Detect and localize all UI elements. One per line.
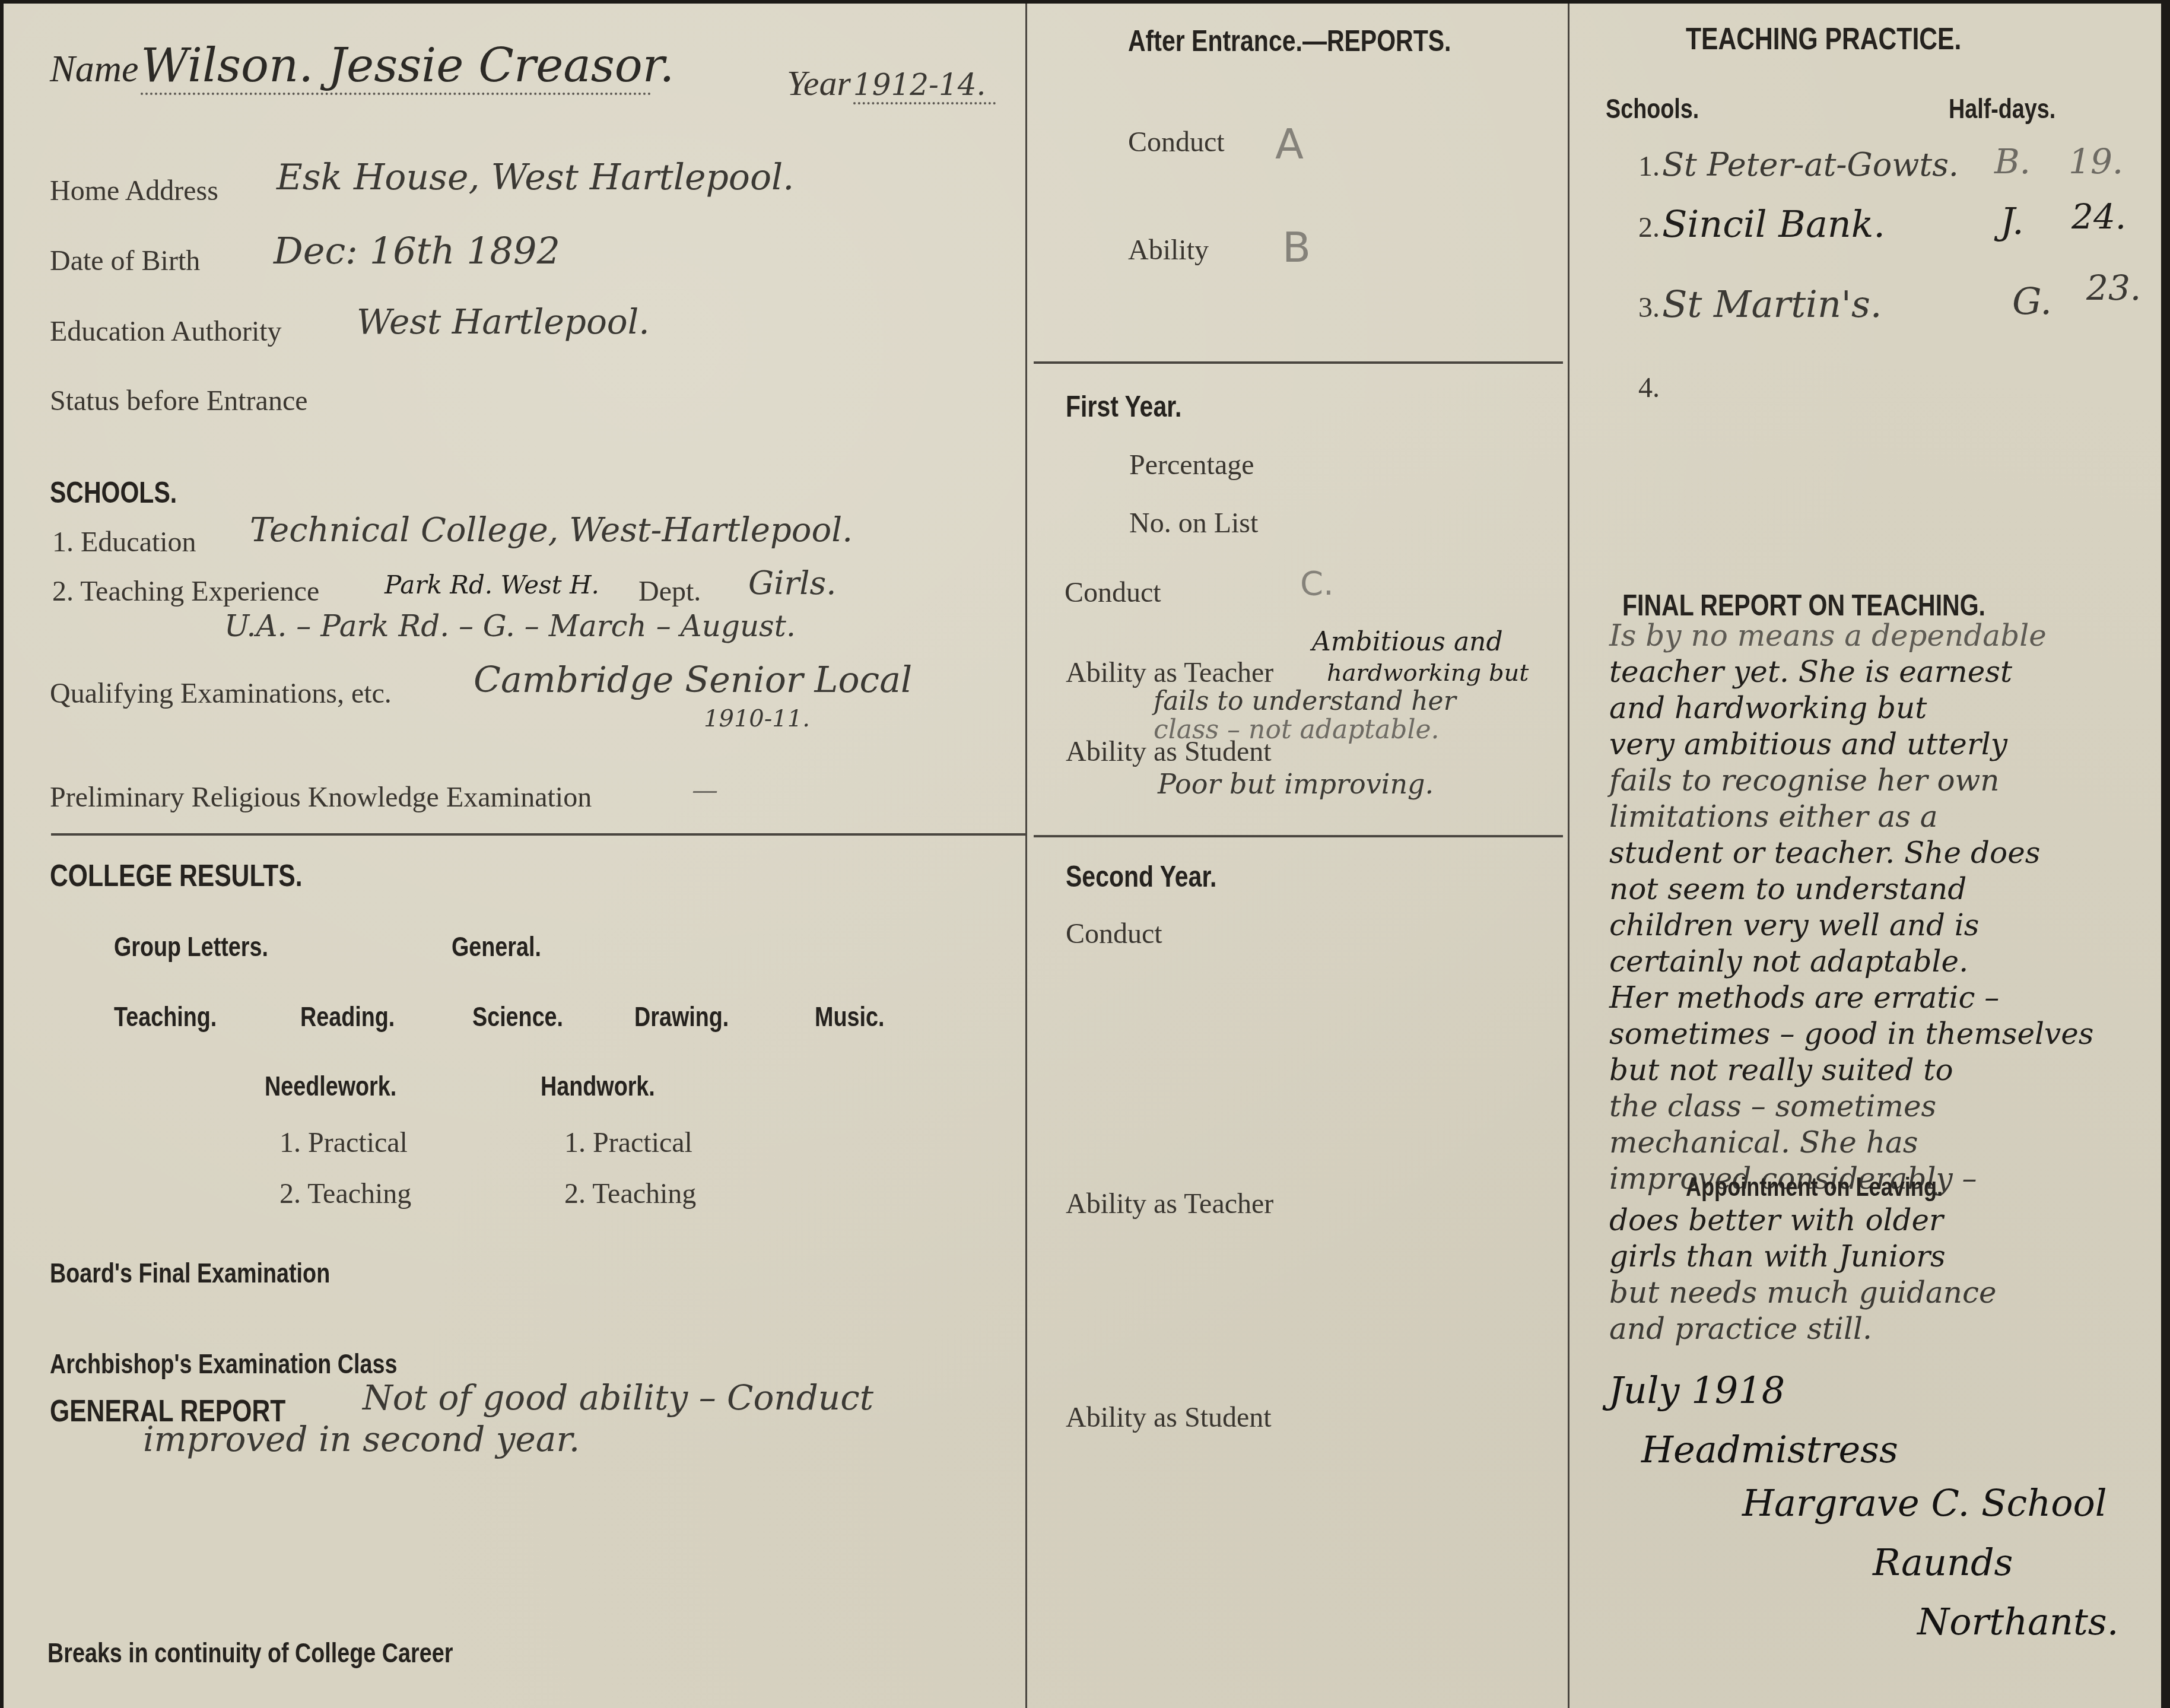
entrance-ability-label: Ability <box>1128 234 1209 266</box>
name-label: Name <box>50 47 138 90</box>
fy-student-value: Poor but improving. <box>1158 768 1434 800</box>
practice-num: 1. <box>1638 151 1660 182</box>
fy-conduct-label: Conduct <box>1065 576 1161 609</box>
final-report-line: mechanical. She has <box>1609 1125 2164 1161</box>
prelim-religious-value: — <box>692 775 718 805</box>
second-year-heading: Second Year. <box>1066 859 1217 894</box>
final-report-line: sometimes – good in themselves <box>1609 1016 2164 1052</box>
sy-conduct-label: Conduct <box>1066 918 1162 950</box>
name-row: Name Wilson. Jessie Creasor. <box>50 39 651 95</box>
practice-grade: G. <box>2012 280 2052 323</box>
final-report-line: does better with older <box>1609 1202 2164 1239</box>
final-report-body-2: does better with older girls than with J… <box>1609 1202 2164 1347</box>
entrance-conduct-label: Conduct <box>1128 126 1225 158</box>
general-label: General. <box>452 931 541 963</box>
education-authority-value: West Hartlepool. <box>357 301 650 342</box>
group-letters-label: Group Letters. <box>114 931 268 963</box>
home-address-value: Esk House, West Hartlepool. <box>277 157 794 198</box>
qualifying-label: Qualifying Examinations, etc. <box>50 677 392 710</box>
final-report-line: and hardworking but <box>1609 690 2164 726</box>
name-value: Wilson. Jessie Creasor. <box>141 39 651 95</box>
dept-label: Dept. <box>638 575 701 608</box>
status-label: Status before Entrance <box>50 385 307 417</box>
practice-row: 1. St Peter-at-Gowts. <box>1638 146 1959 183</box>
fy-conduct-value: C. <box>1300 564 1334 603</box>
practice-row: 4. <box>1638 372 1660 404</box>
needlework-label: Needlework. <box>265 1070 396 1102</box>
signature-line: Headmistress <box>1641 1428 1898 1471</box>
fy-teacher-label: Ability as Teacher <box>1066 656 1273 689</box>
practice-grade: J. <box>2000 199 2024 243</box>
final-report-line: but not really suited to <box>1609 1052 2164 1088</box>
sy-teacher-label: Ability as Teacher <box>1066 1188 1273 1220</box>
final-report-line: teacher yet. She is earnest <box>1609 654 2164 690</box>
record-card: Name Wilson. Jessie Creasor. Year 1912-1… <box>4 4 2161 1708</box>
final-report-line: not seem to understand <box>1609 871 2164 907</box>
middle-rule-1 <box>1034 361 1563 364</box>
education-authority-label: Education Authority <box>50 315 282 348</box>
teaching-practice-heading: TEACHING PRACTICE. <box>1686 21 1961 57</box>
final-report-line: the class – sometimes <box>1609 1088 2164 1125</box>
breaks-label: Breaks in continuity of College Career <box>47 1637 453 1669</box>
prelim-religious-label: Preliminary Religious Knowledge Examinat… <box>50 781 592 814</box>
signature-line: Raunds <box>1873 1541 2013 1584</box>
final-report-line: fails to recognise her own <box>1609 763 2164 799</box>
middle-rule-2 <box>1034 835 1563 837</box>
practice-num: 4. <box>1638 372 1660 404</box>
practice-row: 3. St Martin's. <box>1638 282 1882 326</box>
practice-school: St Peter-at-Gowts. <box>1662 146 1959 183</box>
schools-col-label: Schools. <box>1606 93 1699 125</box>
practice-school: St Martin's. <box>1662 282 1882 326</box>
practice-halfdays: 23. <box>2086 268 2141 308</box>
subject-music: Music. <box>815 1001 884 1033</box>
final-report-line: limitations either as a <box>1609 799 2164 835</box>
final-report-body: Is by no means a dependable teacher yet.… <box>1609 618 2164 1197</box>
general-report-line-2: improved in second year. <box>143 1419 580 1459</box>
year-label: Year <box>787 64 851 103</box>
fy-student-label: Ability as Student <box>1066 735 1272 768</box>
signature-line: Hargrave C. School <box>1742 1481 2107 1525</box>
final-report-line: Is by no means a dependable <box>1609 618 2164 654</box>
entrance-conduct-value: A <box>1275 120 1304 169</box>
signature-date: July 1918 <box>1609 1369 1785 1412</box>
left-section-rule <box>51 833 1025 836</box>
dob-label: Date of Birth <box>50 245 200 277</box>
teaching-experience-label: 2. Teaching Experience <box>52 575 319 608</box>
column-divider-right <box>1568 4 1569 1708</box>
final-report-line: girls than with Juniors <box>1609 1239 2164 1275</box>
archbishop-label: Archbishop's Examination Class <box>50 1348 397 1380</box>
no-on-list-label: No. on List <box>1129 507 1258 539</box>
education-value: Technical College, West-Hartlepool. <box>250 511 853 550</box>
fy-teacher-value-2: hardworking but <box>1327 659 1529 687</box>
college-results-heading: COLLEGE RESULTS. <box>50 858 303 894</box>
practice-row: 2. Sincil Bank. <box>1638 202 1885 246</box>
needlework-teaching: 2. Teaching <box>279 1177 411 1210</box>
fy-teacher-value-3: fails to understand her <box>1154 686 1456 716</box>
general-report-line-1: Not of good ability – Conduct <box>363 1377 873 1418</box>
practice-halfdays: 24. <box>2071 196 2126 237</box>
home-address-label: Home Address <box>50 174 218 207</box>
first-year-heading: First Year. <box>1066 389 1181 424</box>
final-report-line: Her methods are erratic – <box>1609 980 2164 1016</box>
sy-student-label: Ability as Student <box>1066 1401 1272 1434</box>
dept-value: Girls. <box>748 564 836 602</box>
final-report-line: and practice still. <box>1609 1311 2164 1347</box>
final-report-line: children very well and is <box>1609 907 2164 944</box>
entrance-ability-value: B <box>1282 223 1311 272</box>
practice-num: 2. <box>1638 212 1660 243</box>
dob-value: Dec: 16th 1892 <box>274 229 560 272</box>
practice-num: 3. <box>1638 292 1660 323</box>
year-row: Year 1912-14. <box>787 63 996 104</box>
fy-teacher-value-1: Ambitious and <box>1312 627 1503 657</box>
handwork-practical: 1. Practical <box>564 1126 692 1159</box>
schools-heading: SCHOOLS. <box>50 475 177 510</box>
subject-drawing: Drawing. <box>634 1001 729 1033</box>
reports-heading: After Entrance.—REPORTS. <box>1128 24 1451 58</box>
boards-final-label: Board's Final Examination <box>50 1257 330 1289</box>
halfdays-col-label: Half-days. <box>1949 93 2055 125</box>
column-divider-left <box>1025 4 1027 1708</box>
final-report-line: very ambitious and utterly <box>1609 726 2164 763</box>
qualifying-year: 1910-11. <box>704 705 810 732</box>
subject-teaching: Teaching. <box>114 1001 217 1033</box>
handwork-label: Handwork. <box>541 1070 655 1102</box>
teaching-experience-value: Park Rd. West H. <box>385 570 599 599</box>
final-report-line: student or teacher. She does <box>1609 835 2164 871</box>
practice-grade: B. <box>1994 141 2031 182</box>
appointment-label: Appointment on Leaving. <box>1686 1173 1943 1202</box>
qualifying-value: Cambridge Senior Local <box>474 659 912 701</box>
final-report-line: certainly not adaptable. <box>1609 944 2164 980</box>
subject-science: Science. <box>472 1001 563 1033</box>
education-label: 1. Education <box>52 526 196 558</box>
percentage-label: Percentage <box>1129 449 1254 481</box>
handwork-teaching: 2. Teaching <box>564 1177 696 1210</box>
teaching-experience-value-2: U.A. – Park Rd. – G. – March – August. <box>224 609 796 643</box>
year-value: 1912-14. <box>853 68 996 104</box>
signature-line: Northants. <box>1917 1600 2118 1643</box>
subject-reading: Reading. <box>300 1001 395 1033</box>
practice-halfdays: 19. <box>2069 141 2123 182</box>
needlework-practical: 1. Practical <box>279 1126 408 1159</box>
final-report-line: but needs much guidance <box>1609 1275 2164 1311</box>
practice-school: Sincil Bank. <box>1662 202 1885 246</box>
